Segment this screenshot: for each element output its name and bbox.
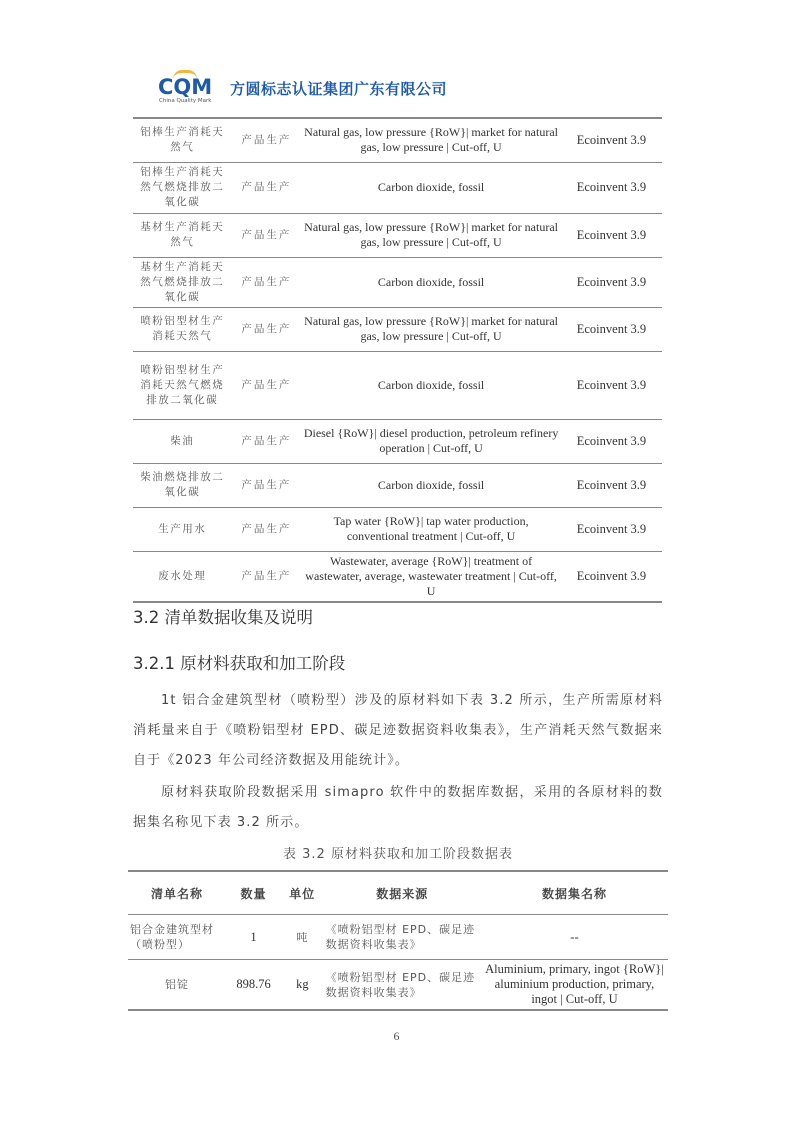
dataset-table-continued: 铝棒生产消耗天然气 产品生产 Natural gas, low pressure…: [133, 117, 662, 603]
cqm-logo: CQM China Quality Mark: [158, 70, 228, 106]
cell-dataset: --: [481, 915, 668, 960]
cell-stage: 产品生产: [231, 351, 301, 419]
cell-name: 铝棒生产消耗天然气燃烧排放二氧化碳: [133, 162, 231, 213]
table-row: 柴油燃烧排放二氧化碳 产品生产 Carbon dioxide, fossil E…: [133, 463, 662, 507]
cell-stage: 产品生产: [231, 507, 301, 551]
cell-stage: 产品生产: [231, 419, 301, 463]
cell-quantity: 1: [226, 915, 281, 960]
cell-database: Ecoinvent 3.9: [561, 507, 662, 551]
cell-stage: 产品生产: [231, 213, 301, 257]
column-header: 数量: [226, 871, 281, 915]
cell-quantity: 898.76: [226, 960, 281, 1011]
page-header: CQM China Quality Mark 方圆标志认证集团广东有限公司: [158, 70, 447, 110]
cell-dataset: Natural gas, low pressure {RoW}| market …: [301, 307, 561, 351]
cell-dataset: Carbon dioxide, fossil: [301, 162, 561, 213]
cell-stage: 产品生产: [231, 307, 301, 351]
cell-database: Ecoinvent 3.9: [561, 213, 662, 257]
table-row: 喷粉铝型材生产消耗天然气 产品生产 Natural gas, low press…: [133, 307, 662, 351]
cell-database: Ecoinvent 3.9: [561, 463, 662, 507]
table-row: 喷粉铝型材生产消耗天然气燃烧排放二氧化碳 产品生产 Carbon dioxide…: [133, 351, 662, 419]
table-caption: 表 3.2 原材料获取和加工阶段数据表: [133, 843, 663, 862]
cell-dataset: Carbon dioxide, fossil: [301, 463, 561, 507]
page-number: 6: [0, 1029, 793, 1044]
cell-dataset: Aluminium, primary, ingot {RoW}| alumini…: [481, 960, 668, 1011]
cell-dataset: Wastewater, average {RoW}| treatment of …: [301, 551, 561, 602]
company-name: 方圆标志认证集团广东有限公司: [230, 78, 447, 99]
subsection-heading: 3.2.1 原材料获取和加工阶段: [133, 650, 345, 674]
cell-stage: 产品生产: [231, 162, 301, 213]
cell-dataset: Carbon dioxide, fossil: [301, 257, 561, 307]
cell-database: Ecoinvent 3.9: [561, 419, 662, 463]
table-row: 铝棒生产消耗天然气燃烧排放二氧化碳 产品生产 Carbon dioxide, f…: [133, 162, 662, 213]
cell-database: Ecoinvent 3.9: [561, 162, 662, 213]
table-row: 柴油 产品生产 Diesel {RoW}| diesel production,…: [133, 419, 662, 463]
cell-name: 柴油: [133, 419, 231, 463]
cell-database: Ecoinvent 3.9: [561, 257, 662, 307]
cell-name: 喷粉铝型材生产消耗天然气燃烧排放二氧化碳: [133, 351, 231, 419]
column-header: 清单名称: [128, 871, 226, 915]
cell-dataset: Natural gas, low pressure {RoW}| market …: [301, 118, 561, 162]
cell-unit: 吨: [281, 915, 324, 960]
cell-name: 铝锭: [128, 960, 226, 1011]
column-header: 数据集名称: [481, 871, 668, 915]
column-header: 单位: [281, 871, 324, 915]
table-header-row: 清单名称 数量 单位 数据来源 数据集名称: [128, 871, 668, 915]
cell-dataset: Diesel {RoW}| diesel production, petrole…: [301, 419, 561, 463]
raw-material-table: 清单名称 数量 单位 数据来源 数据集名称 铝合金建筑型材（喷粉型） 1 吨 《…: [128, 870, 668, 1011]
cell-database: Ecoinvent 3.9: [561, 118, 662, 162]
table-row: 铝棒生产消耗天然气 产品生产 Natural gas, low pressure…: [133, 118, 662, 162]
table-row: 废水处理 产品生产 Wastewater, average {RoW}| tre…: [133, 551, 662, 602]
logo-subtitle: China Quality Mark: [159, 98, 211, 104]
cell-database: Ecoinvent 3.9: [561, 307, 662, 351]
cell-dataset: Tap water {RoW}| tap water production, c…: [301, 507, 561, 551]
cell-name: 废水处理: [133, 551, 231, 602]
cell-name: 铝合金建筑型材（喷粉型）: [128, 915, 226, 960]
cell-stage: 产品生产: [231, 257, 301, 307]
cell-source: 《喷粉铝型材 EPD、碳足迹数据资料收集表》: [324, 915, 481, 960]
cell-name: 铝棒生产消耗天然气: [133, 118, 231, 162]
cell-database: Ecoinvent 3.9: [561, 351, 662, 419]
column-header: 数据来源: [324, 871, 481, 915]
cell-name: 基材生产消耗天然气燃烧排放二氧化碳: [133, 257, 231, 307]
cell-name: 生产用水: [133, 507, 231, 551]
cell-dataset: Carbon dioxide, fossil: [301, 351, 561, 419]
cell-stage: 产品生产: [231, 463, 301, 507]
table-row: 基材生产消耗天然气 产品生产 Natural gas, low pressure…: [133, 213, 662, 257]
cell-source: 《喷粉铝型材 EPD、碳足迹数据资料收集表》: [324, 960, 481, 1011]
paragraph: 1t 铝合金建筑型材（喷粉型）涉及的原材料如下表 3.2 所示，生产所需原材料消…: [133, 686, 663, 776]
table-row: 铝锭 898.76 kg 《喷粉铝型材 EPD、碳足迹数据资料收集表》 Alum…: [128, 960, 668, 1011]
cell-name: 柴油燃烧排放二氧化碳: [133, 463, 231, 507]
cell-stage: 产品生产: [231, 551, 301, 602]
cell-unit: kg: [281, 960, 324, 1011]
cell-dataset: Natural gas, low pressure {RoW}| market …: [301, 213, 561, 257]
cell-stage: 产品生产: [231, 118, 301, 162]
table-row: 基材生产消耗天然气燃烧排放二氧化碳 产品生产 Carbon dioxide, f…: [133, 257, 662, 307]
section-heading: 3.2 清单数据收集及说明: [133, 604, 313, 628]
table-row: 铝合金建筑型材（喷粉型） 1 吨 《喷粉铝型材 EPD、碳足迹数据资料收集表》 …: [128, 915, 668, 960]
paragraph: 原材料获取阶段数据采用 simapro 软件中的数据库数据，采用的各原材料的数据…: [133, 778, 663, 838]
cell-database: Ecoinvent 3.9: [561, 551, 662, 602]
logo-text: CQM: [158, 76, 212, 98]
table-row: 生产用水 产品生产 Tap water {RoW}| tap water pro…: [133, 507, 662, 551]
cell-name: 基材生产消耗天然气: [133, 213, 231, 257]
cell-name: 喷粉铝型材生产消耗天然气: [133, 307, 231, 351]
